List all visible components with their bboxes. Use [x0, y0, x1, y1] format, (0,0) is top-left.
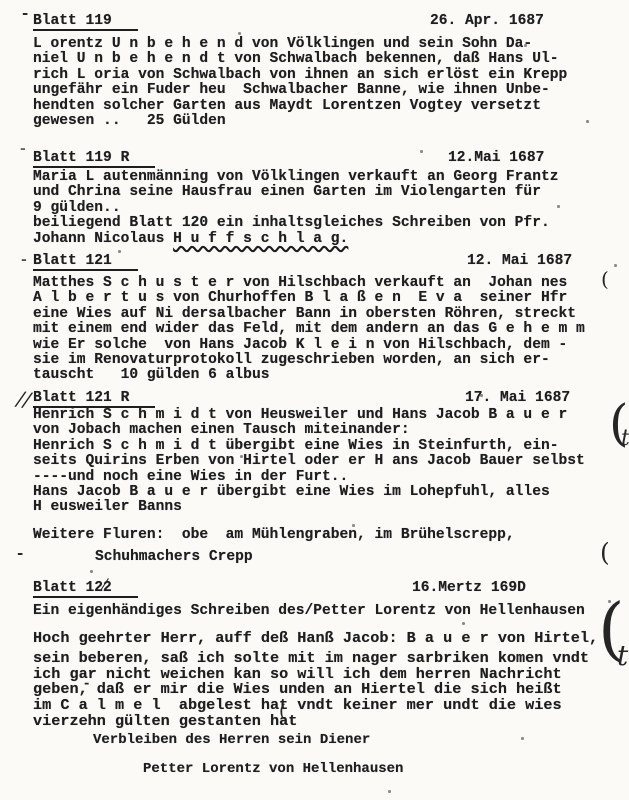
letter-closing: Verbleiben des Herren sein Diener [93, 733, 370, 748]
scan-speck [118, 250, 121, 253]
handwritten-dash-mark: - [22, 6, 28, 21]
entry-header-row: Blatt 122 16.Mertz 169D [33, 581, 629, 599]
scan-speck [240, 455, 243, 458]
entry-blatt-121r: Blatt 121 R 17. Mai 1687 Henrich S c h m… [33, 391, 629, 516]
scanned-document-page: Blatt 119 26. Apr. 1687 L orentz U n b e… [0, 0, 629, 800]
handwritten-letter-mark: t [621, 431, 629, 446]
entry-date: 12. Mai 1687 [467, 254, 572, 269]
handwritten-paren-mark: ( [600, 545, 610, 560]
entry-header: Blatt 122 [33, 581, 138, 598]
scan-speck [524, 44, 527, 47]
scan-speck [521, 737, 524, 740]
entry-blatt-121: Blatt 121 12. Mai 1687 Matthes S c h u s… [33, 254, 629, 384]
scan-speck [388, 790, 391, 793]
letter-body: sein beberen, saß ich solte mit im nager… [33, 651, 589, 730]
scan-speck [352, 524, 355, 527]
letter-signature: Petter Lorentz von Hellenhausen [143, 762, 403, 777]
handwritten-paren-mark: ( [601, 272, 609, 287]
entry-header-row: Blatt 121 R 17. Mai 1687 [33, 391, 629, 409]
entry-header: Blatt 121 R [33, 391, 155, 408]
scan-speck [557, 205, 560, 208]
handwritten-paren-mark: ( [598, 622, 625, 637]
entry-blatt-119: Blatt 119 26. Apr. 1687 L orentz U n b e… [33, 14, 629, 129]
scan-speck [90, 570, 93, 573]
handwritten-double-slash-mark: // [16, 391, 31, 408]
entry-header-row: Blatt 119 R 12.Mai 1687 [33, 151, 629, 169]
scan-speck [480, 394, 483, 397]
entry-body: L orentz U n b e h e n d von Völklingen … [33, 37, 629, 129]
entry-body: Matthes S c h u s t e r von Hilschbach v… [33, 276, 629, 384]
scan-speck [420, 150, 423, 153]
handwritten-paren-mark: ( [279, 704, 286, 719]
entry-header-row: Blatt 121 12. Mai 1687 [33, 254, 629, 272]
entry-blatt-122: Blatt 122 16.Mertz 169D Ein eigenhändige… [33, 581, 629, 619]
handwritten-dash-mark: - [21, 253, 27, 268]
handwritten-dash-mark: - [17, 546, 23, 561]
fluren-note-line1: Weitere Fluren: obe am Mühlengraben, im … [33, 528, 515, 543]
handwritten-letter-mark: t [617, 648, 628, 663]
entry-header-row: Blatt 119 26. Apr. 1687 [33, 14, 629, 32]
scan-speck [608, 600, 611, 603]
scan-speck [238, 32, 241, 35]
handwritten-dash-mark: - [20, 142, 26, 157]
scan-speck [586, 120, 589, 123]
entry-header: Blatt 119 R [33, 151, 155, 168]
entry-body-last-line: Johann Nicolaus H u f f s c h l a g. [33, 232, 629, 247]
underlined-name: H u f f s c h l a g. [173, 231, 348, 247]
entry-date: 16.Mertz 169D [412, 581, 526, 596]
entry-blatt-119r: Blatt 119 R 12.Mai 1687 Maria L autenmän… [33, 151, 629, 247]
scan-speck [614, 264, 617, 267]
entry-body: Henrich S c h m i d t von Heusweiler und… [33, 408, 629, 516]
entry-header: Blatt 119 [33, 14, 138, 31]
entry-body: Maria L autenmänning von Völklingen verk… [33, 170, 629, 232]
entry-date: 26. Apr. 1687 [430, 14, 544, 29]
letter-salutation: Hoch geehrter Herr, auff deß Hanß Jacob:… [33, 631, 598, 647]
last-line-prefix: Johann Nicolaus [33, 231, 173, 247]
handwritten-overline-mark: - [84, 676, 89, 691]
fluren-note-line2: Schuhmachers Crepp [95, 550, 253, 565]
scan-speck [462, 622, 465, 625]
entry-body: Ein eigenhändiges Schreiben des/Petter L… [33, 604, 629, 619]
entry-date: 12.Mai 1687 [448, 151, 544, 166]
entry-header: Blatt 121 [33, 254, 138, 271]
